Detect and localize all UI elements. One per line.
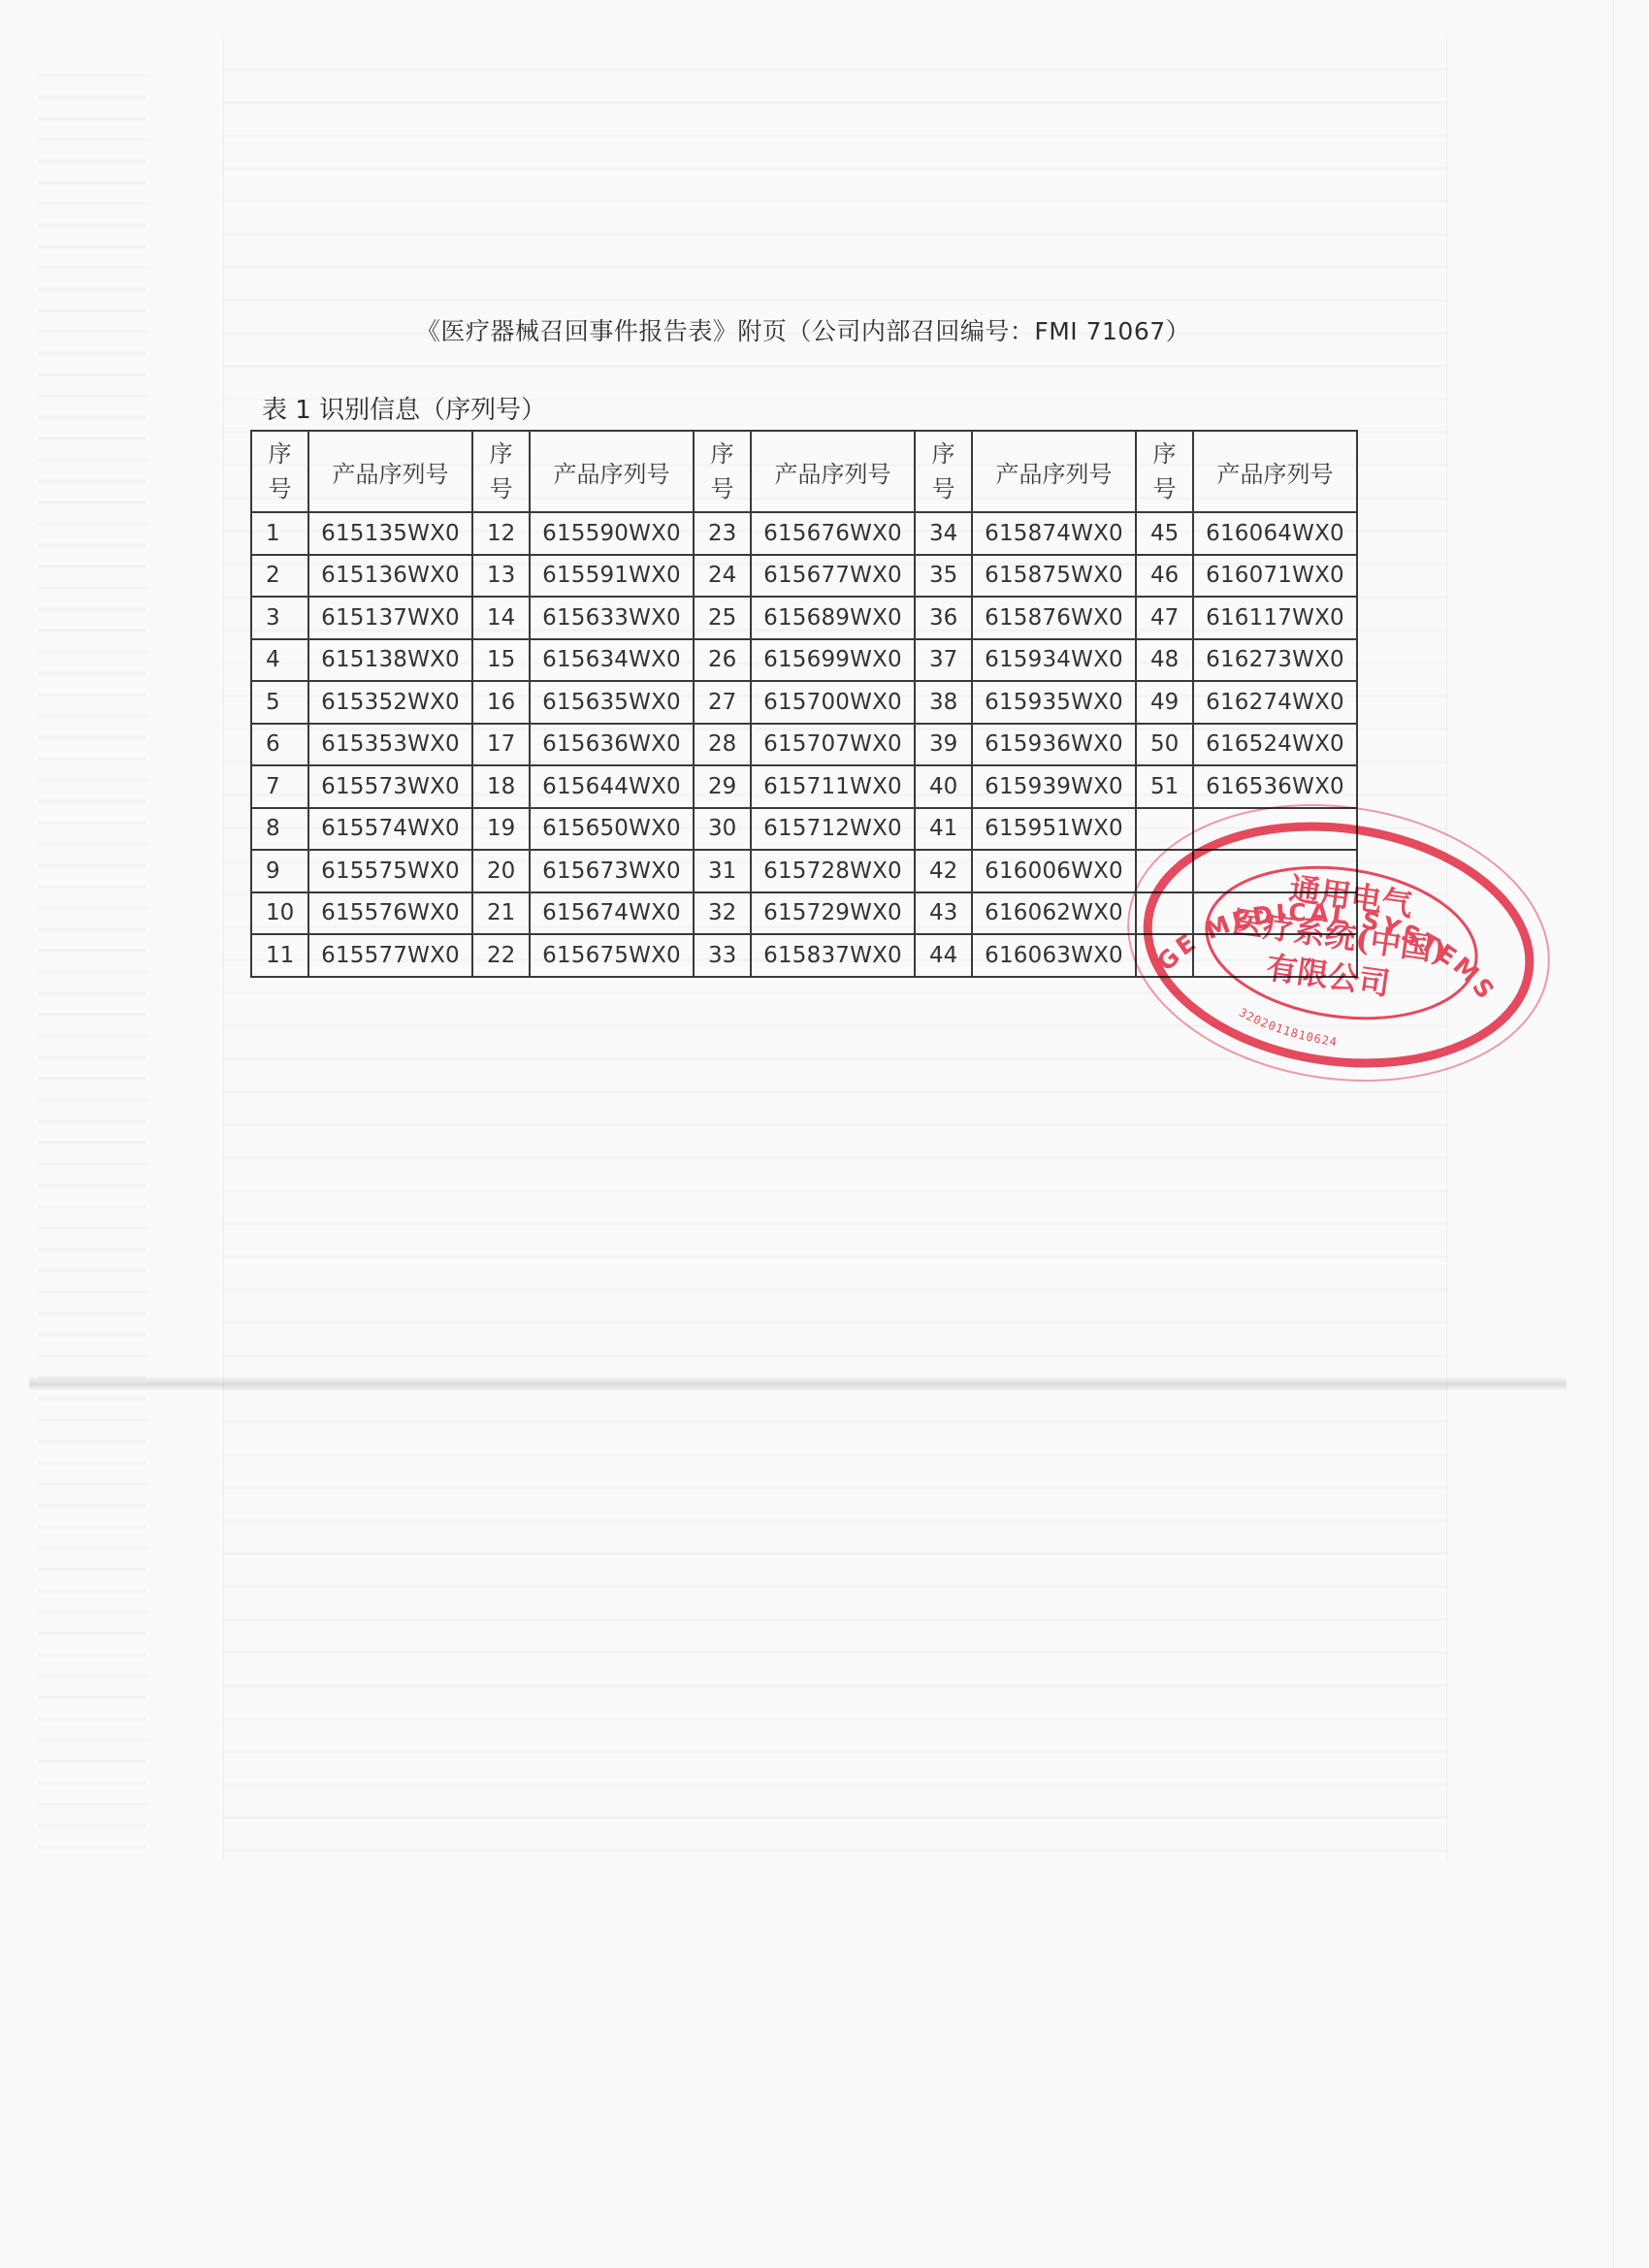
cell-serial-number: 615577WX0 xyxy=(308,934,472,977)
cell-serial-number: 615573WX0 xyxy=(308,765,472,808)
cell-index: 30 xyxy=(694,808,751,851)
table-row: 7615573WX018615644WX029615711WX040615939… xyxy=(251,765,1357,808)
cell-index: 36 xyxy=(915,597,972,639)
cell-index: 7 xyxy=(251,765,308,808)
cell-index: 11 xyxy=(251,934,308,977)
table-row: 6615353WX017615636WX028615707WX039615936… xyxy=(251,724,1357,766)
cell-serial-number: 615636WX0 xyxy=(530,724,694,766)
table-caption: 表 1 识别信息（序列号） xyxy=(262,390,546,426)
cell-serial-number: 616273WX0 xyxy=(1193,639,1357,682)
cell-index: 18 xyxy=(472,765,530,808)
cell-index: 1 xyxy=(251,512,308,555)
cell-index: 21 xyxy=(472,892,530,935)
cell-serial-number: 615936WX0 xyxy=(972,724,1136,766)
cell-serial-number: 615712WX0 xyxy=(751,808,915,851)
cell-serial-number: 615590WX0 xyxy=(530,512,694,555)
cell-serial-number: 615699WX0 xyxy=(751,639,915,682)
table-row: 1615135WX012615590WX023615676WX034615874… xyxy=(251,512,1357,555)
cell-serial-number xyxy=(1193,934,1357,977)
cell-serial-number: 615644WX0 xyxy=(530,765,694,808)
cell-serial-number xyxy=(1193,850,1357,892)
cell-index: 47 xyxy=(1136,597,1193,639)
cell-index xyxy=(1136,808,1193,851)
cell-serial-number xyxy=(1193,808,1357,851)
cell-index: 34 xyxy=(915,512,972,555)
cell-serial-number: 615575WX0 xyxy=(308,850,472,892)
cell-index: 25 xyxy=(694,597,751,639)
cell-index xyxy=(1136,892,1193,935)
cell-serial-number: 616524WX0 xyxy=(1193,724,1357,766)
cell-serial-number: 616274WX0 xyxy=(1193,681,1357,724)
cell-serial-number: 615352WX0 xyxy=(308,681,472,724)
cell-serial-number: 615676WX0 xyxy=(751,512,915,555)
cell-index: 4 xyxy=(251,639,308,682)
cell-serial-number: 615700WX0 xyxy=(751,681,915,724)
cell-index: 35 xyxy=(915,555,972,598)
cell-serial-number: 616063WX0 xyxy=(972,934,1136,977)
cell-index: 39 xyxy=(915,724,972,766)
cell-index: 28 xyxy=(694,724,751,766)
cell-serial-number: 616062WX0 xyxy=(972,892,1136,935)
cell-serial-number: 615574WX0 xyxy=(308,808,472,851)
cell-serial-number: 616117WX0 xyxy=(1193,597,1357,639)
cell-serial-number: 615707WX0 xyxy=(751,724,915,766)
cell-serial-number: 615934WX0 xyxy=(972,639,1136,682)
cell-index: 26 xyxy=(694,639,751,682)
cell-index: 45 xyxy=(1136,512,1193,555)
header-serial-number: 产品序列号 xyxy=(972,431,1136,512)
cell-serial-number: 615939WX0 xyxy=(972,765,1136,808)
cell-serial-number: 615729WX0 xyxy=(751,892,915,935)
table-row: 3615137WX014615633WX025615689WX036615876… xyxy=(251,597,1357,639)
header-index: 序号 xyxy=(472,431,530,512)
serial-number-table: 序号产品序列号序号产品序列号序号产品序列号序号产品序列号序号产品序列号 1615… xyxy=(250,430,1358,978)
cell-serial-number: 615633WX0 xyxy=(530,597,694,639)
cell-index: 6 xyxy=(251,724,308,766)
cell-serial-number: 615635WX0 xyxy=(530,681,694,724)
cell-index: 17 xyxy=(472,724,530,766)
cell-serial-number: 615634WX0 xyxy=(530,639,694,682)
cell-index: 13 xyxy=(472,555,530,598)
header-serial-number: 产品序列号 xyxy=(751,431,915,512)
fold-crease xyxy=(29,1376,1567,1391)
cell-index: 37 xyxy=(915,639,972,682)
header-index: 序号 xyxy=(251,431,308,512)
cell-index: 32 xyxy=(694,892,751,935)
document-title-text: 《医疗器械召回事件报告表》附页（公司内部召回编号：FMI 71067） xyxy=(416,312,1190,347)
cell-serial-number: 615689WX0 xyxy=(751,597,915,639)
cell-serial-number: 615137WX0 xyxy=(308,597,472,639)
cell-serial-number: 615650WX0 xyxy=(530,808,694,851)
cell-index: 2 xyxy=(251,555,308,598)
table-header-row: 序号产品序列号序号产品序列号序号产品序列号序号产品序列号序号产品序列号 xyxy=(251,431,1357,512)
cell-index: 15 xyxy=(472,639,530,682)
cell-serial-number: 615675WX0 xyxy=(530,934,694,977)
stamp-registration-code: 3202011810624 xyxy=(1235,1005,1342,1050)
cell-serial-number: 615138WX0 xyxy=(308,639,472,682)
cell-serial-number xyxy=(1193,892,1357,935)
cell-serial-number: 615677WX0 xyxy=(751,555,915,598)
cell-index: 19 xyxy=(472,808,530,851)
cell-index: 42 xyxy=(915,850,972,892)
cell-index: 22 xyxy=(472,934,530,977)
cell-serial-number: 615951WX0 xyxy=(972,808,1136,851)
document-title: 《医疗器械召回事件报告表》附页（公司内部召回编号：FMI 71067） xyxy=(0,312,1649,347)
cell-index: 8 xyxy=(251,808,308,851)
cell-serial-number: 615876WX0 xyxy=(972,597,1136,639)
cell-index: 9 xyxy=(251,850,308,892)
cell-index xyxy=(1136,934,1193,977)
header-serial-number: 产品序列号 xyxy=(530,431,694,512)
cell-serial-number: 615728WX0 xyxy=(751,850,915,892)
cell-serial-number: 615591WX0 xyxy=(530,555,694,598)
cell-index: 29 xyxy=(694,765,751,808)
cell-serial-number: 615711WX0 xyxy=(751,765,915,808)
cell-serial-number: 615353WX0 xyxy=(308,724,472,766)
cell-serial-number: 615875WX0 xyxy=(972,555,1136,598)
cell-serial-number: 615837WX0 xyxy=(751,934,915,977)
cell-index: 41 xyxy=(915,808,972,851)
cell-index: 49 xyxy=(1136,681,1193,724)
cell-serial-number: 615135WX0 xyxy=(308,512,472,555)
cell-serial-number: 615874WX0 xyxy=(972,512,1136,555)
cell-serial-number: 616006WX0 xyxy=(972,850,1136,892)
cell-index: 50 xyxy=(1136,724,1193,766)
table-row: 9615575WX020615673WX031615728WX042616006… xyxy=(251,850,1357,892)
cell-index: 5 xyxy=(251,681,308,724)
cell-index: 51 xyxy=(1136,765,1193,808)
cell-index: 10 xyxy=(251,892,308,935)
table-row: 10615576WX021615674WX032615729WX04361606… xyxy=(251,892,1357,935)
cell-serial-number: 615136WX0 xyxy=(308,555,472,598)
cell-index: 33 xyxy=(694,934,751,977)
header-serial-number: 产品序列号 xyxy=(308,431,472,512)
cell-index: 48 xyxy=(1136,639,1193,682)
table-row: 11615577WX022615675WX033615837WX04461606… xyxy=(251,934,1357,977)
cell-serial-number: 615674WX0 xyxy=(530,892,694,935)
cell-serial-number: 616536WX0 xyxy=(1193,765,1357,808)
cell-index: 44 xyxy=(915,934,972,977)
cell-serial-number: 616064WX0 xyxy=(1193,512,1357,555)
cell-index: 38 xyxy=(915,681,972,724)
header-index: 序号 xyxy=(915,431,972,512)
cell-index: 14 xyxy=(472,597,530,639)
cell-index: 27 xyxy=(694,681,751,724)
header-index: 序号 xyxy=(1136,431,1193,512)
header-index: 序号 xyxy=(694,431,751,512)
cell-index: 16 xyxy=(472,681,530,724)
table-row: 8615574WX019615650WX030615712WX041615951… xyxy=(251,808,1357,851)
cell-index: 20 xyxy=(472,850,530,892)
table-row: 4615138WX015615634WX026615699WX037615934… xyxy=(251,639,1357,682)
cell-serial-number: 615935WX0 xyxy=(972,681,1136,724)
cell-index xyxy=(1136,850,1193,892)
table-row: 2615136WX013615591WX024615677WX035615875… xyxy=(251,555,1357,598)
header-serial-number: 产品序列号 xyxy=(1193,431,1357,512)
table-row: 5615352WX016615635WX027615700WX038615935… xyxy=(251,681,1357,724)
cell-index: 3 xyxy=(251,597,308,639)
cell-index: 23 xyxy=(694,512,751,555)
cell-index: 46 xyxy=(1136,555,1193,598)
cell-index: 12 xyxy=(472,512,530,555)
cell-index: 43 xyxy=(915,892,972,935)
cell-index: 31 xyxy=(694,850,751,892)
cell-serial-number: 615576WX0 xyxy=(308,892,472,935)
cell-serial-number: 616071WX0 xyxy=(1193,555,1357,598)
cell-serial-number: 615673WX0 xyxy=(530,850,694,892)
cell-index: 40 xyxy=(915,765,972,808)
cell-index: 24 xyxy=(694,555,751,598)
